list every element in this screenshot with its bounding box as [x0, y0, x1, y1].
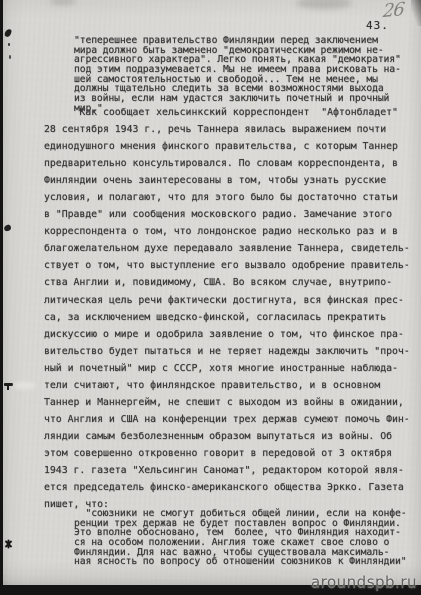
quoted-excerpt-top: "теперешнее правительство Финляндии пере… — [74, 36, 401, 113]
scan-noise-patch — [296, 0, 352, 9]
paper-smudge — [14, 382, 36, 389]
ink-blot-mark — [3, 224, 12, 232]
asterisk-mark — [4, 539, 13, 548]
ink-dot-mark — [9, 55, 11, 59]
scanned-document-page: 26 43. "теперешнее правительство Финлянд… — [0, 0, 421, 595]
ink-dot-mark — [8, 43, 10, 46]
document-body-text: Как сообщает хельсинкский корреспондент … — [44, 104, 410, 513]
quoted-excerpt-bottom: "союзники не смогут добиться общей линии… — [74, 509, 406, 567]
watermark: aroundspb.ru — [311, 573, 417, 591]
ink-blot-mark — [4, 28, 12, 37]
binding-mark — [7, 385, 9, 390]
scan-edge-left — [0, 0, 3, 595]
scan-noise-patch — [50, 0, 76, 5]
scan-corner-shadow — [411, 0, 421, 26]
page-number: 43. — [366, 19, 389, 32]
